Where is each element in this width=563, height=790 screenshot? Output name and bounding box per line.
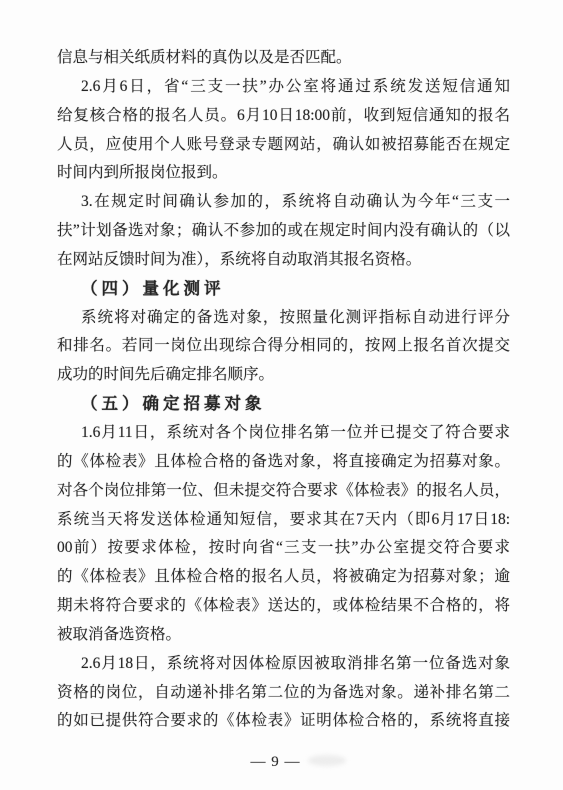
section-heading: （四）量化测评 xyxy=(57,275,510,304)
text-line: 系统将对确定的备选对象，按照量化测评指标自动进行评分 xyxy=(57,304,510,333)
text-line: 系统当天将发送体检通知短信，要求其在7天内（即6月17日18: xyxy=(57,506,510,535)
text-line: 成功的时间先后确定排名顺序。 xyxy=(57,361,510,390)
text-line: 资格的岗位，自动递补排名第二位的为备选对象。递补排名第二 xyxy=(57,679,510,708)
text-line: 1.6月11日，系统对各个岗位排名第一位并已提交了符合要求 xyxy=(57,419,510,448)
text-line: 00前）按要求体检，按时向省“三支一扶”办公室提交符合要求 xyxy=(57,534,510,563)
text-line: 的《体检表》且体检合格的报名人员，将被确定为招募对象；逾 xyxy=(57,563,510,592)
text-line: 被取消备选资格。 xyxy=(57,621,510,650)
page-footer: — 9 — xyxy=(0,753,563,771)
text-line: 期未将符合要求的《体检表》送达的，或体检结果不合格的，将 xyxy=(57,592,510,621)
scan-smudge-artifact xyxy=(308,755,346,766)
text-line: 给复核合格的报名人员。6月10日18:00前，收到短信通知的报名 xyxy=(57,102,510,131)
scanned-document-page: 信息与相关纸质材料的真伪以及是否匹配。2.6月6日，省“三支一扶”办公室将通过系… xyxy=(0,0,563,790)
text-line: 2.6月6日，省“三支一扶”办公室将通过系统发送短信通知 xyxy=(57,73,510,102)
document-body: 信息与相关纸质材料的真伪以及是否匹配。2.6月6日，省“三支一扶”办公室将通过系… xyxy=(57,44,510,736)
text-line: 在网站反馈时间为准），系统将自动取消其报名资格。 xyxy=(57,246,510,275)
text-line: 信息与相关纸质材料的真伪以及是否匹配。 xyxy=(57,44,510,73)
text-line: 扶”计划备选对象；确认不参加的或在规定时间内没有确认的（以 xyxy=(57,217,510,246)
text-line: 对各个岗位排第一位、但未提交符合要求《体检表》的报名人员， xyxy=(57,477,510,506)
text-line: 3.在规定时间确认参加的，系统将自动确认为今年“三支一 xyxy=(57,188,510,217)
text-line: 和排名。若同一岗位出现综合得分相同的，按网上报名首次提交 xyxy=(57,332,510,361)
text-line: 的《体检表》且体检合格的备选对象，将直接确定为招募对象。 xyxy=(57,448,510,477)
text-line: 时间内到所报岗位报到。 xyxy=(57,159,510,188)
text-line: 的如已提供符合要求的《体检表》证明体检合格的，系统将直接 xyxy=(57,707,510,736)
section-heading: （五）确定招募对象 xyxy=(57,390,510,419)
text-line: 2.6月18日，系统将对因体检原因被取消排名第一位备选对象 xyxy=(57,650,510,679)
text-line: 人员，应使用个人账号登录专题网站，确认如被招募能否在规定 xyxy=(57,131,510,160)
page-number: — 9 — xyxy=(251,754,301,770)
